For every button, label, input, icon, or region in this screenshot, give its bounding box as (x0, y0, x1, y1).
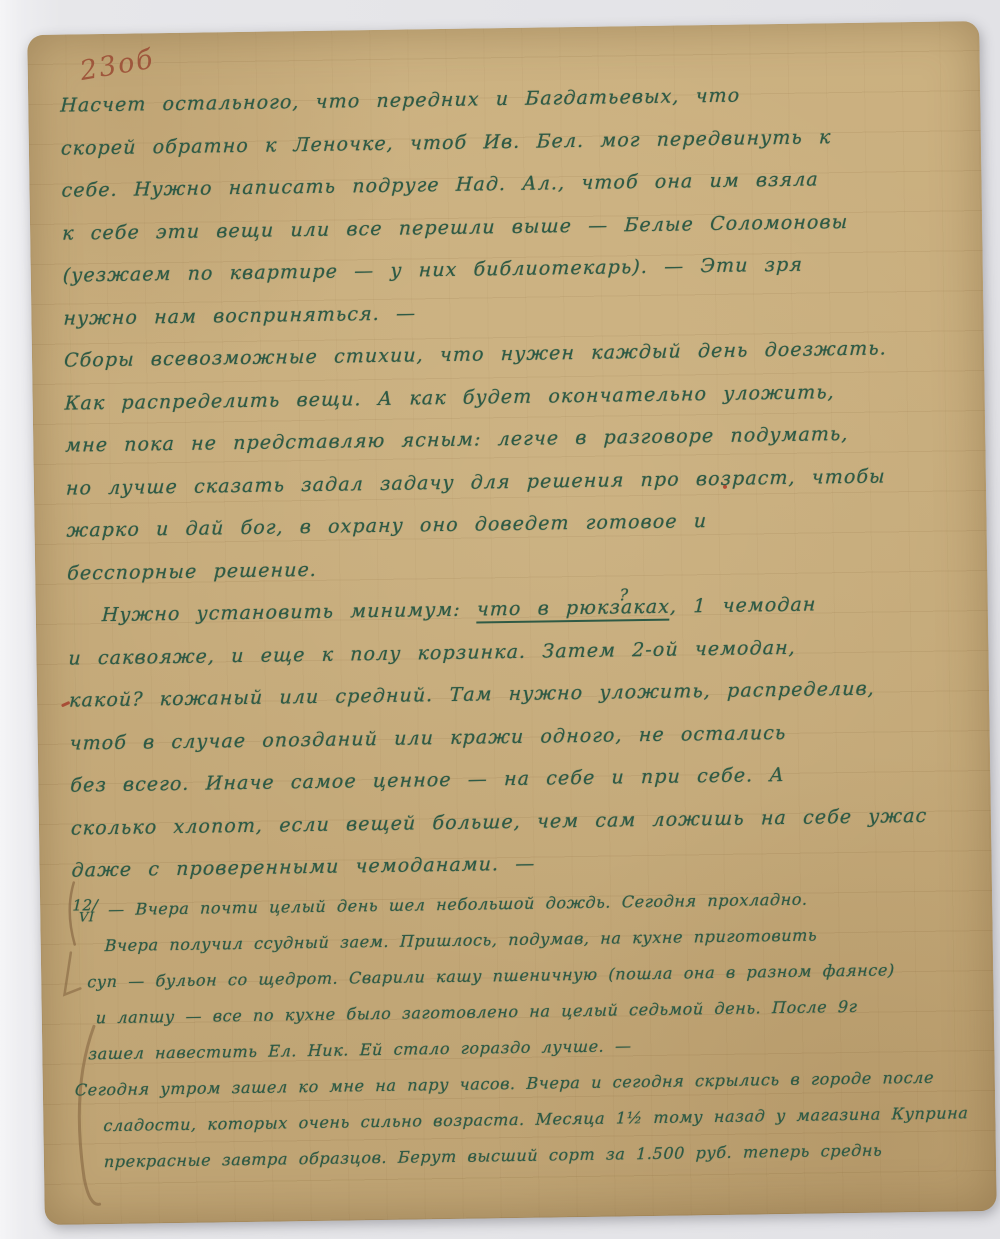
handwritten-text: нужно нам восприняться. — (63, 302, 417, 329)
handwritten-text: — Вчера почти целый день шел небольшой д… (108, 889, 808, 918)
handwritten-text: и лапшу — все по кухне было заготовлено … (95, 996, 857, 1026)
handwritten-text: прекрасные завтра образцов. Берут высший… (104, 1140, 883, 1171)
handwritten-text: Сборы всевозможные стихии, что нужен каж… (64, 337, 888, 371)
handwritten-text: скорей обратно к Леночке, чтоб Ив. Бел. … (61, 126, 832, 159)
handwritten-text: суп — бульон со щедрот. Сварили кашу пше… (87, 960, 895, 991)
handwritten-text: Сегодня утром зашел ко мне на пару часов… (75, 1067, 935, 1099)
handwritten-text: зашел навестить Ел. Ник. Ей стало горазд… (88, 1036, 632, 1063)
handwritten-text: но лучше сказать задал задачу для решени… (66, 465, 887, 499)
handwritten-text: сколько хлопот, если вещей больше, чем с… (71, 804, 928, 839)
handwritten-text: и саквояже, и еще к полу корзинка. Затем… (68, 636, 796, 669)
handwritten-text: без всего. Иначе самое ценное — на себе … (70, 764, 785, 797)
handwritten-text: , 1 чемодан (670, 593, 817, 617)
handwritten-text: какой? кожаный или средний. Там нужно ул… (69, 678, 876, 712)
scan-background: { "page": { "page_number": "23об", "pape… (0, 0, 1000, 1239)
handwritten-text: жарко и дай бог, в охрану оно доведет го… (66, 510, 707, 542)
handwritten-text: Вчера получил ссудный заем. Пришлось, по… (104, 925, 817, 955)
underlined-phrase: что в рюкзаках? (476, 596, 670, 624)
manuscript-page: 23об Насчет остального, что передних и Б… (27, 21, 997, 1225)
handwritten-text: к себе эти вещи или все перешли выше — Б… (62, 210, 849, 244)
entry-date: 12/VI (72, 898, 99, 924)
handwritten-text: сладости, которых очень сильно возраста.… (103, 1103, 969, 1135)
handwritten-text: мне пока не представляю ясным: легче в р… (65, 423, 849, 457)
handwritten-text: себе. Нужно написать подруге Над. Ал., ч… (61, 168, 819, 201)
handwritten-text: даже с проверенными чемоданами. — (71, 853, 536, 882)
handwritten-text: Нужно установить минимум: (101, 599, 477, 627)
manuscript-lines: Насчет остального, что передних и Багдат… (27, 21, 997, 1225)
handwritten-text: бесспорные решение. (67, 558, 318, 584)
handwritten-text: Насчет остального, что передних и Багдат… (60, 85, 741, 117)
handwritten-text: чтоб в случае опозданий или кражи одного… (69, 721, 787, 754)
question-mark-annotation: ? (619, 574, 629, 617)
handwritten-text: Как распределить вещи. А как будет оконч… (64, 381, 835, 414)
handwritten-text: (уезжаем по квартире — у них библиотекар… (62, 254, 803, 287)
